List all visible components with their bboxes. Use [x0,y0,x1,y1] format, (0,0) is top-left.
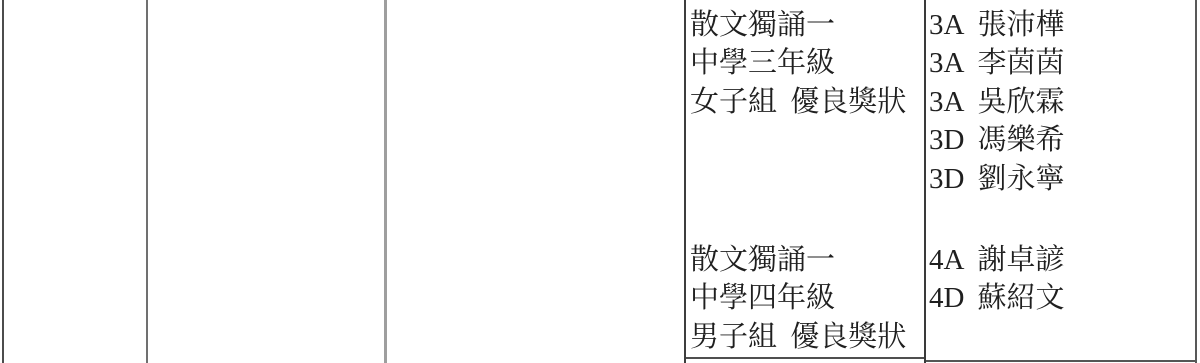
student-class: 3A [929,83,964,121]
student-name: 張沛樺 [977,6,1064,44]
student-name: 謝卓諺 [977,241,1064,279]
student-entry: 3A李茵茵 [929,44,1195,82]
event-line: 中學四年級 [690,279,924,317]
event-line: 男子組 優良獎狀 [690,318,924,356]
student-name: 李茵茵 [977,44,1064,82]
student-name: 劉永寧 [977,160,1064,198]
empty-cell-3 [387,0,684,363]
student-class: 4A [929,241,964,279]
students-row-1: 3A張沛樺 3A李茵茵 3A吳欣霖 3D馮樂希 3D劉永寧 [929,6,1195,198]
student-entry: 4A謝卓諺 [929,241,1195,279]
students-column: 3A張沛樺 3A李茵茵 3A吳欣霖 3D馮樂希 3D劉永寧 4A謝卓諺 4D蘇紹… [929,0,1195,363]
student-name: 蘇紹文 [977,279,1064,317]
table-border-right-edge [1195,0,1197,363]
event-column: 散文獨誦一 中學三年級 女子組 優良獎狀 散文獨誦一 中學四年級 男子組 優良獎… [690,0,924,363]
column-divider-4 [924,0,926,363]
event-row-2: 散文獨誦一 中學四年級 男子組 優良獎狀 [690,241,924,356]
event-line: 散文獨誦一 [690,6,924,44]
empty-cell-1 [4,0,146,363]
student-class: 4D [929,279,964,317]
empty-cell-2 [148,0,384,363]
event-line: 女子組 優良獎狀 [690,83,924,121]
column-divider-3 [684,0,686,363]
students-row-2: 4A謝卓諺 4D蘇紹文 [929,241,1195,318]
event-line: 中學三年級 [690,44,924,82]
student-class: 3D [929,121,964,159]
student-class: 3A [929,44,964,82]
awards-table-fragment: 散文獨誦一 中學三年級 女子組 優良獎狀 散文獨誦一 中學四年級 男子組 優良獎… [0,0,1200,363]
student-entry: 3A吳欣霖 [929,83,1195,121]
student-name: 馮樂希 [977,121,1064,159]
student-class: 3A [929,6,964,44]
student-class: 3D [929,160,964,198]
student-entry: 3D馮樂希 [929,121,1195,159]
student-name: 吳欣霖 [977,83,1064,121]
student-entry: 4D蘇紹文 [929,279,1195,317]
student-entry: 3A張沛樺 [929,6,1195,44]
student-entry: 3D劉永寧 [929,160,1195,198]
event-line: 散文獨誦一 [690,241,924,279]
event-row-1: 散文獨誦一 中學三年級 女子組 優良獎狀 [690,6,924,121]
